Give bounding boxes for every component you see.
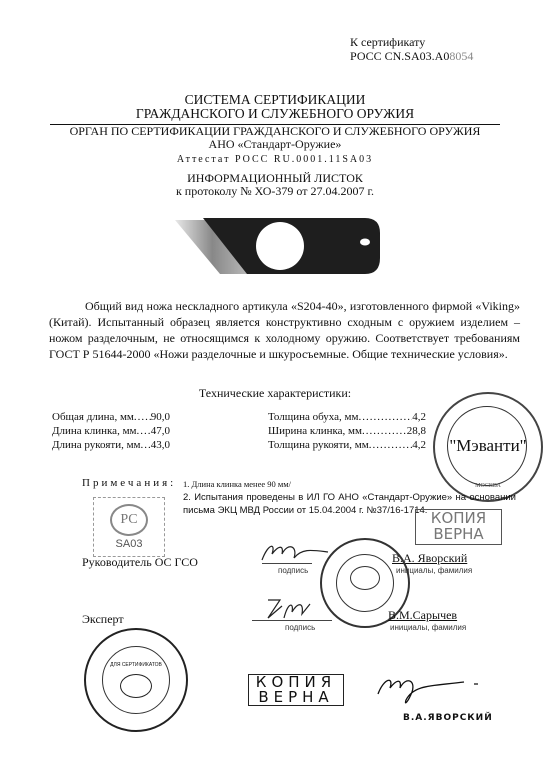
organ-header: ОРГАН ПО СЕРТИФИКАЦИИ ГРАЖДАНСКОГО И СЛУ… — [0, 125, 550, 151]
description-text: Общий вид ножа нескладного артикула «S20… — [49, 299, 520, 361]
spec-row: Общая длина, мм90,0 — [52, 410, 170, 424]
reference-number: РОСС CN.SA03.А0 — [350, 49, 449, 63]
mevanti-name: "Мэванти" — [435, 436, 541, 456]
stamp-line: КОПИЯ — [416, 510, 501, 526]
attestat: Аттестат РОСС RU.0001.11SA03 — [0, 154, 550, 165]
spec-value: 90,0 — [151, 410, 170, 424]
spec-value: 43,0 — [151, 438, 170, 452]
bottom-name: В.А.ЯВОРСКИЙ — [403, 713, 493, 723]
head-role: Руководитель ОС ГСО — [82, 555, 198, 570]
doc-title-block: ИНФОРМАЦИОННЫЙ ЛИСТОК к протоколу № ХО-3… — [0, 172, 550, 198]
spec-row: Длина рукояти, мм43,0 — [52, 438, 170, 452]
copy-true-stamp-2: КОПИЯ ВЕРНА — [248, 674, 344, 706]
description-paragraph: Общий вид ножа нескладного артикула «S20… — [49, 298, 520, 362]
gost-mark-code: SA03 — [94, 538, 164, 550]
copy-true-stamp: КОПИЯ ВЕРНА — [415, 509, 502, 545]
bottom-signature — [374, 672, 484, 708]
system-header: СИСТЕМА СЕРТИФИКАЦИИ ГРАЖДАНСКОГО И СЛУЖ… — [0, 93, 550, 121]
spec-row: Толщина рукояти, мм4,2 — [268, 438, 426, 452]
reference-line2: РОСС CN.SA03.А08054 — [350, 49, 473, 63]
expert-name: В.М.Сарычев — [388, 608, 457, 623]
expert-role: Эксперт — [82, 612, 124, 627]
stamp-line: ВЕРНА — [416, 526, 501, 542]
sign-caption: подпись — [278, 566, 308, 575]
gost-conformity-mark: РС SA03 — [93, 497, 165, 557]
signature-line — [252, 620, 332, 621]
spec-label: Ширина клинка, мм — [268, 424, 362, 438]
expert-signature — [262, 596, 322, 622]
spec-value: 4,2 — [412, 410, 426, 424]
spec-row: Ширина клинка, мм28,8 — [268, 424, 426, 438]
pc-logo-icon: РС — [110, 504, 148, 536]
specs-left: Общая длина, мм90,0 Длина клинка, мм47,0… — [52, 410, 170, 452]
org-name: АНО «Стандарт-Оружие» — [0, 138, 550, 151]
specs-right: Толщина обуха, мм4,2 Ширина клинка, мм28… — [268, 410, 426, 452]
note-item: 1. Длина клинка менее 90 мм/ — [183, 478, 516, 491]
spec-label: Толщина обуха, мм — [268, 410, 358, 424]
notes-label: Примечания: — [82, 477, 176, 489]
doc-subtitle: к протоколу № ХО-379 от 27.04.2007 г. — [0, 185, 550, 198]
system-title-line1: СИСТЕМА СЕРТИФИКАЦИИ — [0, 93, 550, 107]
spec-label: Длина клинка, мм — [52, 424, 137, 438]
sign-caption: подпись — [285, 623, 315, 632]
spec-value: 28,8 — [407, 424, 426, 438]
spec-row: Длина клинка, мм47,0 — [52, 424, 170, 438]
spec-label: Длина рукояти, мм — [52, 438, 141, 452]
knife-image — [175, 208, 385, 280]
spec-label: Толщина рукояти, мм — [268, 438, 369, 452]
seal-inner-text: ДЛЯ СЕРТИФИКАТОВ — [86, 662, 186, 668]
reference-suffix: 8054 — [449, 49, 473, 63]
spec-label: Общая длина, мм — [52, 410, 134, 424]
reference-line1: К сертификату — [350, 35, 473, 49]
spec-value: 4,2 — [412, 438, 426, 452]
system-title-line2: ГРАЖДАНСКОГО И СЛУЖЕБНОГО ОРУЖИЯ — [0, 107, 550, 121]
signature-line — [262, 563, 312, 564]
stamp-line: ВЕРНА — [249, 690, 343, 705]
name-caption: инициалы, фамилия — [390, 623, 466, 632]
spec-value: 47,0 — [151, 424, 170, 438]
organ-seal-bottom: ДЛЯ СЕРТИФИКАТОВ — [84, 628, 188, 732]
certificate-reference: К сертификату РОСС CN.SA03.А08054 — [350, 35, 473, 63]
spec-row: Толщина обуха, мм4,2 — [268, 410, 426, 424]
